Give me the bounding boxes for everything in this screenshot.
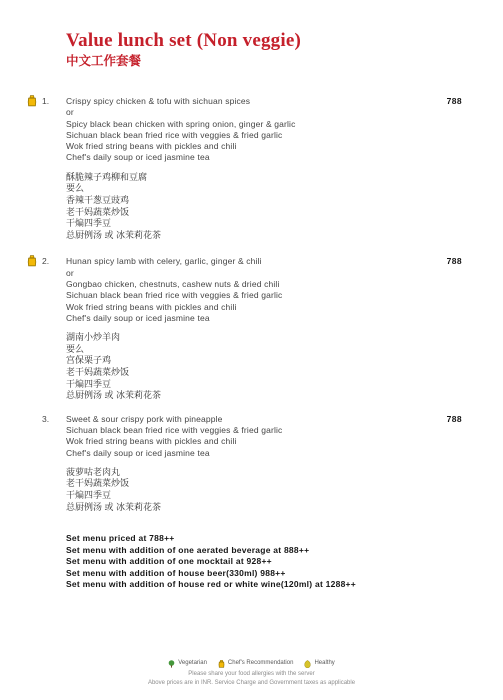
text-line: Set menu with addition of one mocktail a…	[66, 556, 462, 568]
text-line: 总厨例汤 或 冰茉莉花茶	[66, 390, 462, 402]
item-number: 2.	[42, 256, 49, 266]
vegetarian-icon	[168, 660, 175, 668]
item-2-head: 2. Hunan spicy lamb with celery, garlic,…	[66, 256, 462, 324]
legend-healthy: Healthy	[304, 659, 334, 668]
text-line: 老干妈蔬菜炒饭	[66, 207, 462, 219]
menu-item-2: 2. Hunan spicy lamb with celery, garlic,…	[66, 256, 462, 401]
text-line: Sichuan black bean fried rice with veggi…	[66, 130, 462, 141]
item-3-head: 3. Sweet & sour crispy pork with pineapp…	[66, 414, 462, 459]
item-chinese-lines: 菠萝咕老肉丸老干妈蔬菜炒饭干煸四季豆总厨例汤 或 冰茉莉花茶	[66, 467, 462, 513]
item-number: 3.	[42, 414, 49, 424]
item-price: 788	[447, 414, 462, 424]
item-1-head: 1. Crispy spicy chicken & tofu with sich…	[66, 96, 462, 164]
healthy-icon	[304, 660, 311, 668]
allergy-notice: Please share your food allergies with th…	[0, 670, 503, 679]
text-line: 老干妈蔬菜炒饭	[66, 367, 462, 379]
text-line: 总厨例汤 或 冰茉莉花茶	[66, 230, 462, 242]
text-line: 老干妈蔬菜炒饭	[66, 478, 462, 490]
set-menu-pricing-lines: Set menu priced at 788++Set menu with ad…	[66, 533, 462, 591]
text-line: Hunan spicy lamb with celery, garlic, gi…	[66, 256, 462, 267]
chefs-recommendation-icon	[27, 255, 37, 267]
text-line: Set menu with addition of one aerated be…	[66, 545, 462, 557]
item-english-lines: Crispy spicy chicken & tofu with sichuan…	[66, 96, 462, 164]
item-chinese-lines: 湖南小炒羊肉要么宫保栗子鸡老干妈蔬菜炒饭干煸四季豆总厨例汤 或 冰茉莉花茶	[66, 332, 462, 402]
text-line: 宫保栗子鸡	[66, 355, 462, 367]
text-line: Wok fried string beans with pickles and …	[66, 141, 462, 152]
item-number: 1.	[42, 96, 49, 106]
chefs-recommendation-icon	[27, 95, 37, 107]
text-line: 干煸四季豆	[66, 218, 462, 230]
text-line: Sweet & sour crispy pork with pineapple	[66, 414, 462, 425]
text-line: Chef's daily soup or iced jasmine tea	[66, 152, 462, 163]
text-line: Sichuan black bean fried rice with veggi…	[66, 425, 462, 436]
text-line: Crispy spicy chicken & tofu with sichuan…	[66, 96, 462, 107]
legend-chefs-recommendation: Chef's Recommendation	[218, 659, 294, 668]
page-header: Value lunch set (Non veggie) 中文工作套餐	[0, 0, 503, 69]
legend-label: Healthy	[314, 659, 334, 668]
text-line: 香辣干葱豆豉鸡	[66, 195, 462, 207]
legend-row: Vegetarian Chef's Recommendation Heal	[0, 659, 503, 668]
item-english-lines: Hunan spicy lamb with celery, garlic, gi…	[66, 256, 462, 324]
text-line: 要么	[66, 183, 462, 195]
item-price: 788	[447, 96, 462, 106]
item-price: 788	[447, 256, 462, 266]
legend-vegetarian: Vegetarian	[168, 659, 207, 668]
text-line: Wok fried string beans with pickles and …	[66, 436, 462, 447]
text-line: Set menu with addition of house red or w…	[66, 579, 462, 591]
menu-page: Value lunch set (Non veggie) 中文工作套餐 1. C…	[0, 0, 503, 700]
text-line: Chef's daily soup or iced jasmine tea	[66, 313, 462, 324]
text-line: Wok fried string beans with pickles and …	[66, 302, 462, 313]
text-line: Set menu priced at 788++	[66, 533, 462, 545]
text-line: 菠萝咕老肉丸	[66, 467, 462, 479]
text-line: 湖南小炒羊肉	[66, 332, 462, 344]
pricing-notice: Above prices are in INR. Service Charge …	[0, 679, 503, 688]
page-subtitle-zh: 中文工作套餐	[66, 54, 503, 69]
text-line: or	[66, 268, 462, 279]
text-line: 干煸四季豆	[66, 490, 462, 502]
text-line: Gongbao chicken, chestnuts, cashew nuts …	[66, 279, 462, 290]
text-line: Sichuan black bean fried rice with veggi…	[66, 290, 462, 301]
text-line: Set menu with addition of house beer(330…	[66, 568, 462, 580]
page-footer: Vegetarian Chef's Recommendation Heal	[0, 659, 503, 687]
page-title: Value lunch set (Non veggie)	[66, 30, 503, 52]
text-line: 总厨例汤 或 冰茉莉花茶	[66, 502, 462, 514]
item-chinese-lines: 酥脆辣子鸡柳和豆腐要么香辣干葱豆豉鸡老干妈蔬菜炒饭干煸四季豆总厨例汤 或 冰茉莉…	[66, 172, 462, 242]
text-line: or	[66, 107, 462, 118]
legend-label: Vegetarian	[178, 659, 207, 668]
text-line: 酥脆辣子鸡柳和豆腐	[66, 172, 462, 184]
legend-label: Chef's Recommendation	[228, 659, 294, 668]
text-line: Spicy black bean chicken with spring oni…	[66, 119, 462, 130]
text-line: 干煸四季豆	[66, 379, 462, 391]
chefs-recommendation-icon	[218, 660, 225, 668]
menu-content: 1. Crispy spicy chicken & tofu with sich…	[66, 96, 462, 591]
menu-item-3: 3. Sweet & sour crispy pork with pineapp…	[66, 414, 462, 514]
menu-item-1: 1. Crispy spicy chicken & tofu with sich…	[66, 96, 462, 241]
item-english-lines: Sweet & sour crispy pork with pineappleS…	[66, 414, 462, 459]
text-line: 要么	[66, 344, 462, 356]
text-line: Chef's daily soup or iced jasmine tea	[66, 448, 462, 459]
